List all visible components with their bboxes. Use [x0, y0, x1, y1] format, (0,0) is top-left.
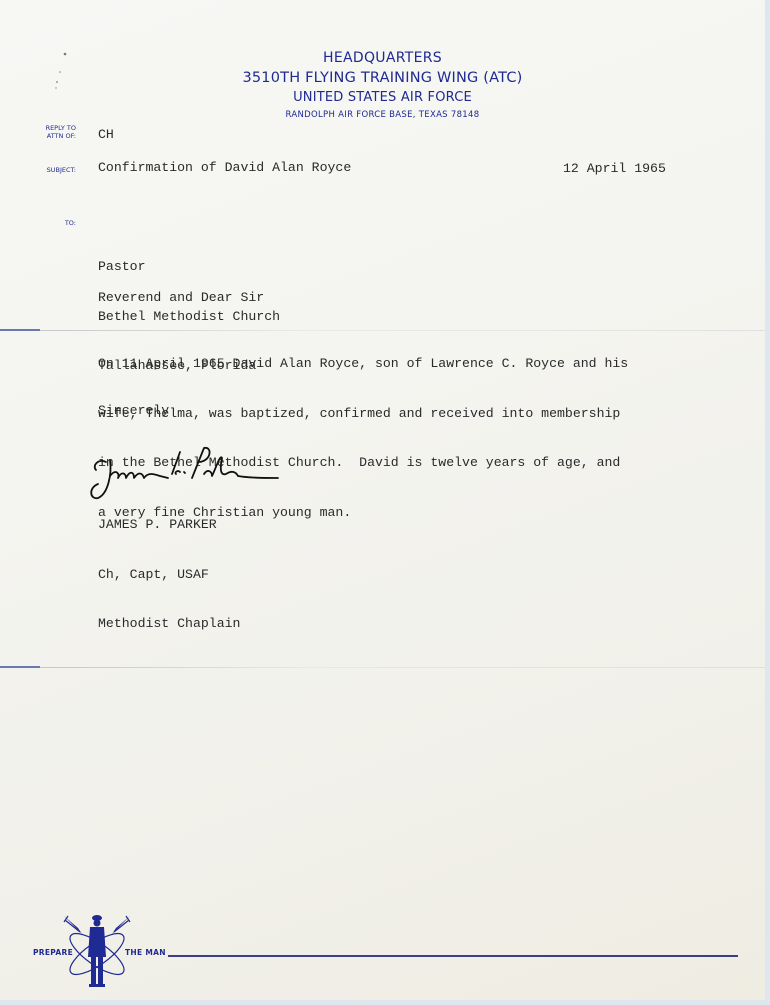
fold-crease-top [0, 330, 765, 331]
typed-name: JAMES P. PARKER [98, 517, 240, 534]
addressee-line: Pastor [98, 259, 280, 276]
to-label: TO: [36, 219, 76, 227]
subject-value: Confirmation of David Alan Royce [98, 160, 351, 177]
rank-title: Ch, Capt, USAF [98, 567, 240, 584]
body-line: wife, Thelma, was baptized, confirmed an… [98, 406, 628, 423]
fold-crease-bottom [0, 667, 765, 668]
letter-page: HEADQUARTERS 3510TH FLYING TRAINING WING… [0, 0, 765, 1000]
reply-to-label-line1: REPLY TO [36, 124, 76, 132]
footer-rule [168, 955, 738, 957]
reply-to-label: REPLY TO ATTN OF: [36, 124, 76, 140]
signature-block: JAMES P. PARKER Ch, Capt, USAF Methodist… [98, 484, 240, 666]
letterhead-address: RANDOLPH AIR FORCE BASE, TEXAS 78148 [0, 110, 765, 120]
letterhead-wing: 3510TH FLYING TRAINING WING (ATC) [0, 70, 765, 86]
letter-date: 12 April 1965 [563, 161, 666, 178]
letterhead-headquarters: HEADQUARTERS [0, 50, 765, 66]
letterhead-air-force: UNITED STATES AIR FORCE [0, 90, 765, 105]
salutation: Reverend and Dear Sir [98, 290, 264, 307]
reply-to-label-line2: ATTN OF: [36, 132, 76, 140]
airman-atom-emblem-icon [62, 912, 132, 992]
closing: Sincerely [98, 403, 169, 420]
reply-to-value: CH [98, 127, 114, 144]
chaplain-title: Methodist Chaplain [98, 616, 240, 633]
body-line: On 11 April 1965 David Alan Royce, son o… [98, 356, 628, 373]
subject-label: SUBJECT: [36, 166, 76, 174]
